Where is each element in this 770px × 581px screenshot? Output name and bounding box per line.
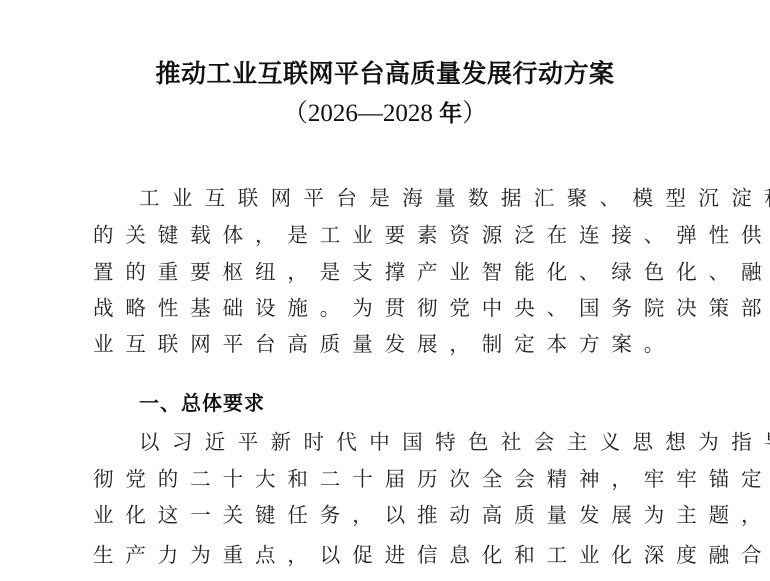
document-subtitle: （2026—2028 年） — [0, 96, 770, 132]
subtitle-year-char: 年 — [439, 100, 462, 127]
document-page: 推动工业互联网平台高质量发展行动方案 （2026—2028 年） 工业互联网平台… — [0, 0, 770, 581]
intro-line-2: 的关键载体，是工业要素资源泛在连接、弹性供给和高效配 — [93, 220, 683, 250]
section-line-1: 以习近平新时代中国特色社会主义思想为指导，全面贯 — [139, 427, 729, 457]
intro-line-3: 置的重要枢纽，是支撑产业智能化、绿色化、融合化发展的 — [93, 257, 683, 287]
subtitle-years: 2026—2028 — [308, 100, 433, 127]
section-heading: 一、总体要求 — [139, 388, 265, 418]
section-line-4: 生产力为重点，以促进信息化和工业化深度融合为主线，抢 — [93, 540, 683, 570]
intro-line-4: 战略性基础设施。为贯彻党中央、国务院决策部署，推动工 — [93, 293, 683, 323]
document-title: 推动工业互联网平台高质量发展行动方案 — [0, 56, 770, 92]
subtitle-open-paren: （ — [283, 100, 308, 127]
subtitle-close-paren: ） — [462, 100, 487, 127]
section-line-3: 业化这一关键任务，以推动高质量发展为主题，以发展新质 — [93, 500, 683, 530]
section-line-2: 彻党的二十大和二十届历次全会精神，牢牢锚定实现新型工 — [93, 464, 683, 494]
intro-line-5: 业互联网平台高质量发展，制定本方案。 — [93, 329, 683, 359]
intro-line-1: 工业互联网平台是海量数据汇聚、模型沉淀和应用开发 — [139, 183, 729, 213]
